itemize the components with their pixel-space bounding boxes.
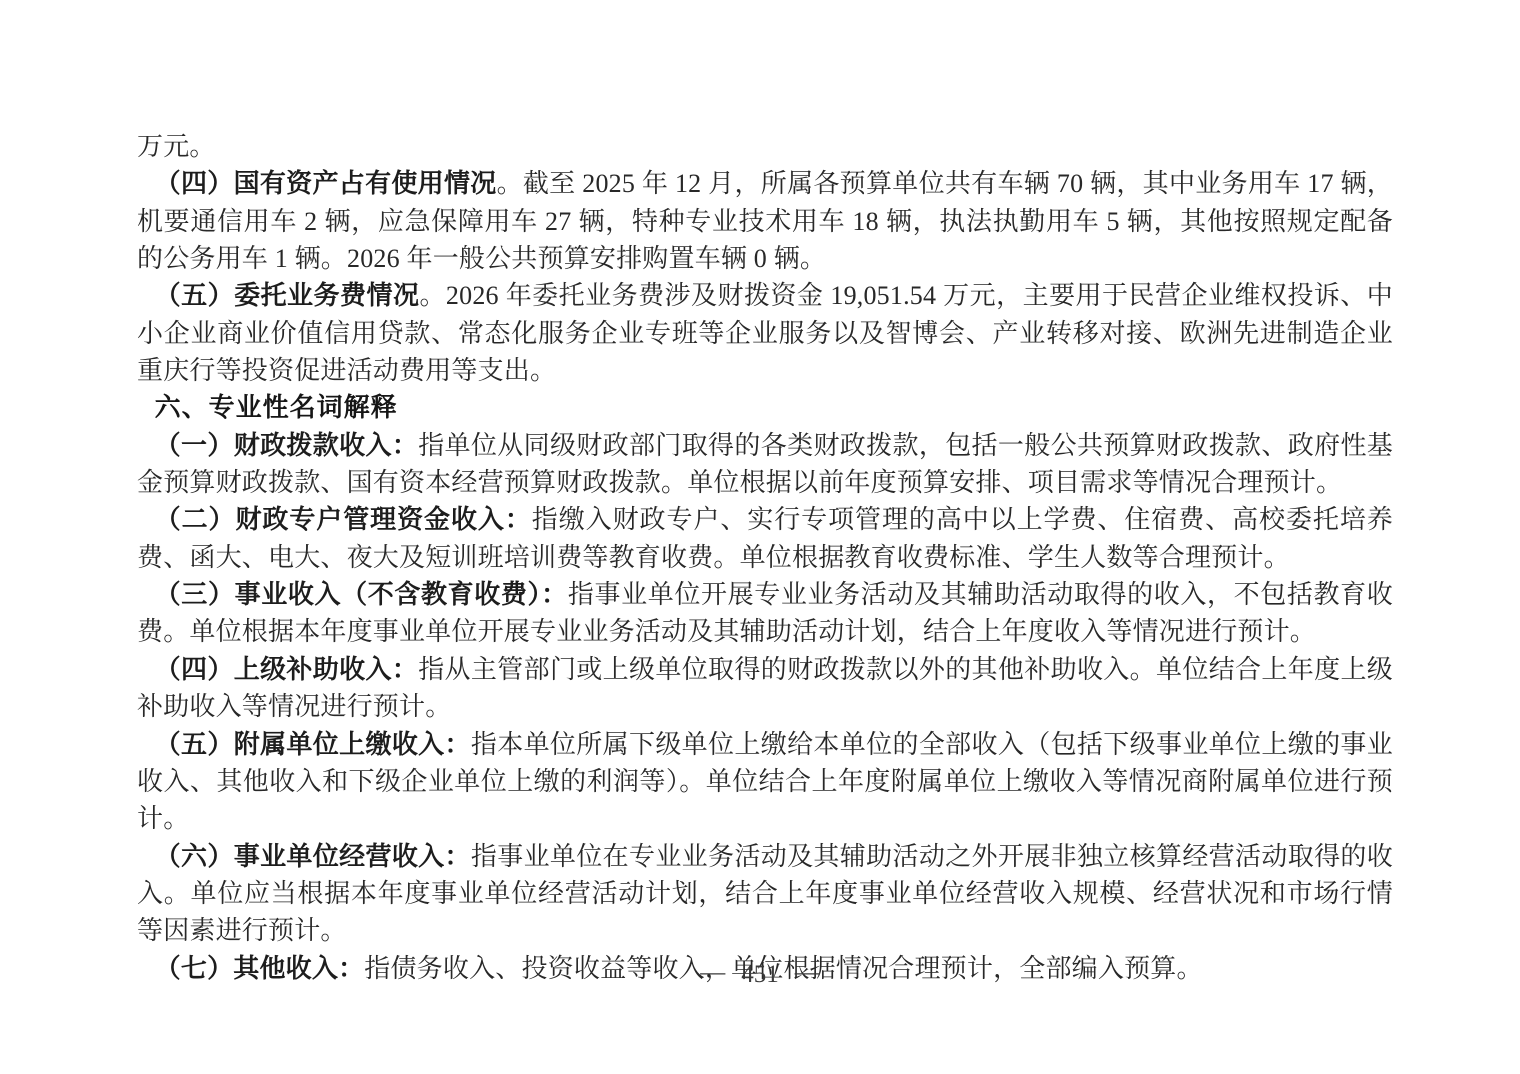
paragraph-term-superior-subsidy-income: （四）上级补助收入：指从主管部门或上级单位取得的财政拨款以外的其他补助收入。单位…	[137, 651, 1393, 726]
paragraph-state-assets-usage: （四）国有资产占有使用情况。截至 2025 年 12 月，所属各预算单位共有车辆…	[137, 165, 1393, 277]
paragraph-entrusted-business-fee: （五）委托业务费情况。2026 年委托业务费涉及财拨资金 19,051.54 万…	[137, 277, 1393, 389]
footer-right-dash: —	[795, 959, 820, 987]
document-page: 万元。（四）国有资产占有使用情况。截至 2025 年 12 月，所属各预算单位共…	[0, 0, 1520, 1074]
paragraph-term-institution-income: （三）事业收入（不含教育收费）：指事业单位开展专业业务活动及其辅助活动取得的收入…	[137, 576, 1393, 651]
term-label: （五）附属单位上缴收入：	[155, 730, 471, 759]
term-label: （三）事业收入（不含教育收费）：	[155, 580, 568, 609]
paragraph-continuation: 万元。	[137, 128, 1393, 165]
term-label: （二）财政专户管理资金收入：	[155, 505, 532, 534]
term-label: （六）事业单位经营收入：	[155, 842, 471, 871]
term-label: （五）委托业务费情况	[155, 281, 420, 310]
document-text-block: 万元。（四）国有资产占有使用情况。截至 2025 年 12 月，所属各预算单位共…	[137, 128, 1393, 987]
paragraph-term-affiliated-unit-income: （五）附属单位上缴收入：指本单位所属下级单位上缴给本单位的全部收入（包括下级事业…	[137, 726, 1393, 838]
page-footer: —451—	[0, 961, 1520, 989]
term-label: （四）上级补助收入：	[155, 655, 419, 684]
paragraph-term-fiscal-special-account-income: （二）财政专户管理资金收入：指缴入财政专户、实行专项管理的高中以上学费、住宿费、…	[137, 501, 1393, 576]
body-text: 万元。	[137, 132, 216, 161]
term-label: 六、专业性名词解释	[155, 392, 398, 422]
paragraph-term-institution-operating-income: （六）事业单位经营收入：指事业单位在专业业务活动及其辅助活动之外开展非独立核算经…	[137, 838, 1393, 950]
paragraph-term-fiscal-appropriation-income: （一）财政拨款收入：指单位从同级财政部门取得的各类财政拨款，包括一般公共预算财政…	[137, 427, 1393, 502]
term-label: （四）国有资产占有使用情况	[155, 169, 497, 198]
heading-glossary: 六、专业性名词解释	[137, 389, 1393, 426]
footer-left-dash: —	[700, 959, 725, 987]
term-label: （一）财政拨款收入：	[155, 431, 419, 460]
page-number: 451	[741, 961, 779, 988]
